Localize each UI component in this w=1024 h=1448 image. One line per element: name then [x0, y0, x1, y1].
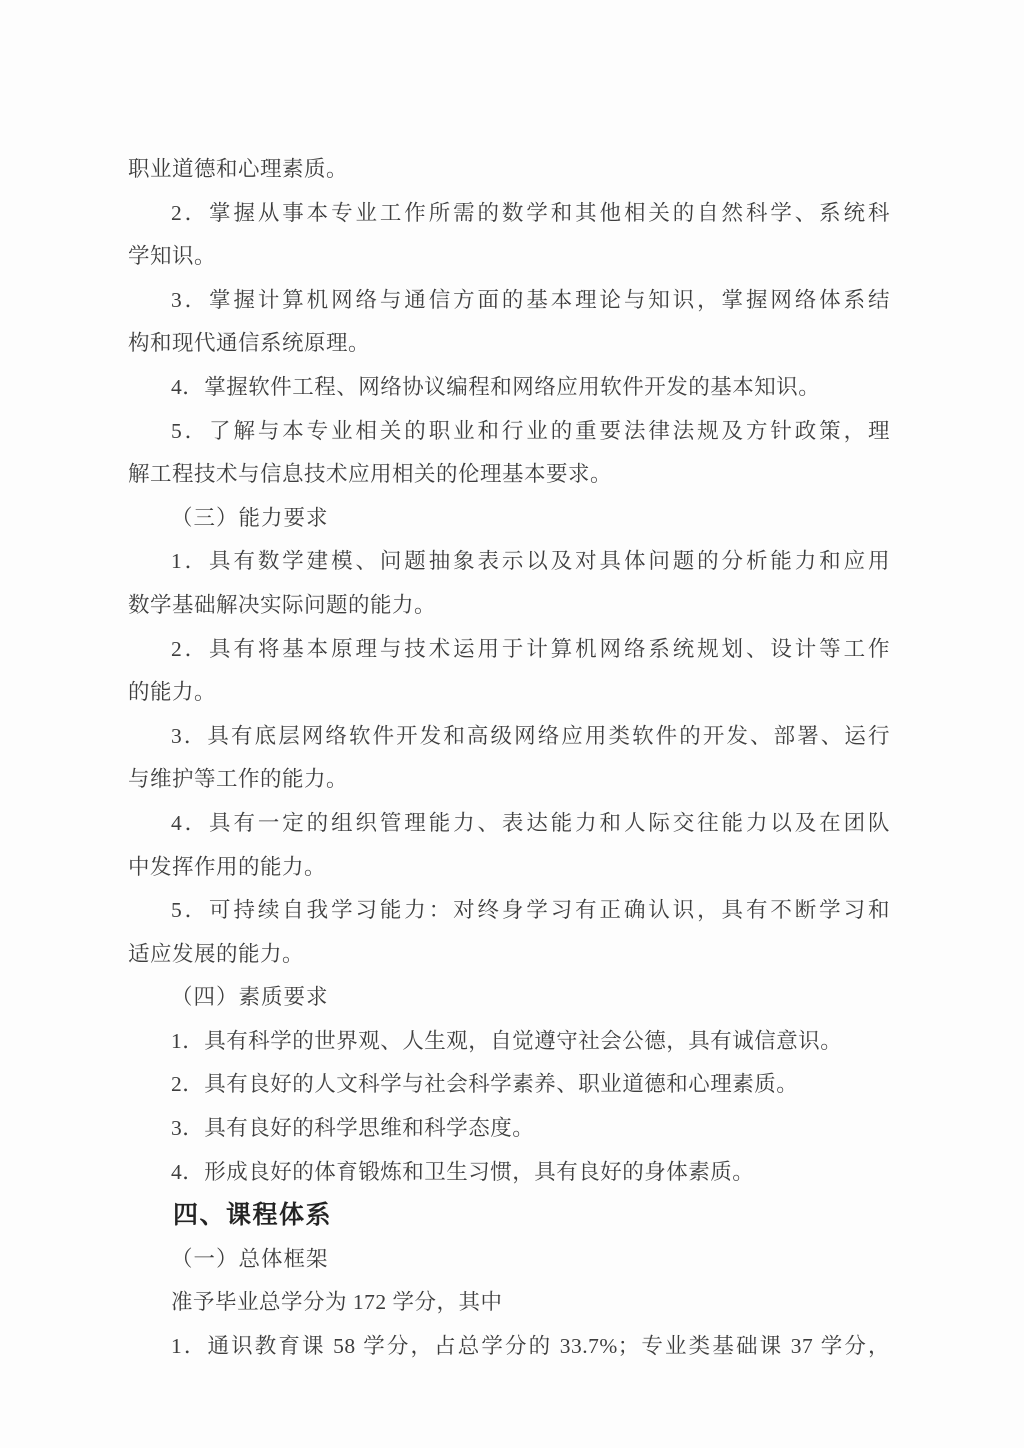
text-line: 1．具有科学的世界观、人生观，自觉遵守社会公德，具有诚信意识。 — [128, 1020, 890, 1064]
text-line: 构和现代通信系统原理。 — [128, 322, 890, 366]
text-line: 与维护等工作的能力。 — [128, 758, 890, 802]
text-line: 的能力。 — [128, 671, 890, 715]
text-line: 准予毕业总学分为 172 学分，其中 — [128, 1281, 890, 1325]
text-line: 适应发展的能力。 — [128, 933, 890, 977]
text-line: 5．可持续自我学习能力：对终身学习有正确认识，具有不断学习和 — [128, 889, 890, 933]
text-line: 学知识。 — [128, 235, 890, 279]
text-line: 4．具有一定的组织管理能力、表达能力和人际交往能力以及在团队 — [128, 802, 890, 846]
section-heading-curriculum: 四、课程体系 — [128, 1194, 890, 1238]
text-line: 4．掌握软件工程、网络协议编程和网络应用软件开发的基本知识。 — [128, 366, 890, 410]
text-line: 1．具有数学建模、问题抽象表示以及对具体问题的分析能力和应用 — [128, 540, 890, 584]
document-page: 职业道德和心理素质。 2．掌握从事本专业工作所需的数学和其他相关的自然科学、系统… — [0, 0, 1024, 1448]
text-line: 2．具有将基本原理与技术运用于计算机网络系统规划、设计等工作 — [128, 628, 890, 672]
section-subheading-quality: （四）素质要求 — [128, 976, 890, 1020]
text-line: 2．掌握从事本专业工作所需的数学和其他相关的自然科学、系统科 — [128, 192, 890, 236]
text-line: 数学基础解决实际问题的能力。 — [128, 584, 890, 628]
text-block: 职业道德和心理素质。 2．掌握从事本专业工作所需的数学和其他相关的自然科学、系统… — [128, 148, 890, 1369]
section-subheading-ability: （三）能力要求 — [128, 497, 890, 541]
text-line: 解工程技术与信息技术应用相关的伦理基本要求。 — [128, 453, 890, 497]
section-subheading-framework: （一）总体框架 — [128, 1238, 890, 1282]
text-line: 4．形成良好的体育锻炼和卫生习惯，具有良好的身体素质。 — [128, 1151, 890, 1195]
text-line: 中发挥作用的能力。 — [128, 846, 890, 890]
text-line: 1．通识教育课 58 学分，占总学分的 33.7%；专业类基础课 37 学分， — [128, 1325, 890, 1369]
text-line: 3．具有底层网络软件开发和高级网络应用类软件的开发、部署、运行 — [128, 715, 890, 759]
text-line: 3．掌握计算机网络与通信方面的基本理论与知识，掌握网络体系结 — [128, 279, 890, 323]
text-line: 职业道德和心理素质。 — [128, 148, 890, 192]
text-line: 5．了解与本专业相关的职业和行业的重要法律法规及方针政策，理 — [128, 410, 890, 454]
text-line: 3．具有良好的科学思维和科学态度。 — [128, 1107, 890, 1151]
text-line: 2．具有良好的人文科学与社会科学素养、职业道德和心理素质。 — [128, 1063, 890, 1107]
